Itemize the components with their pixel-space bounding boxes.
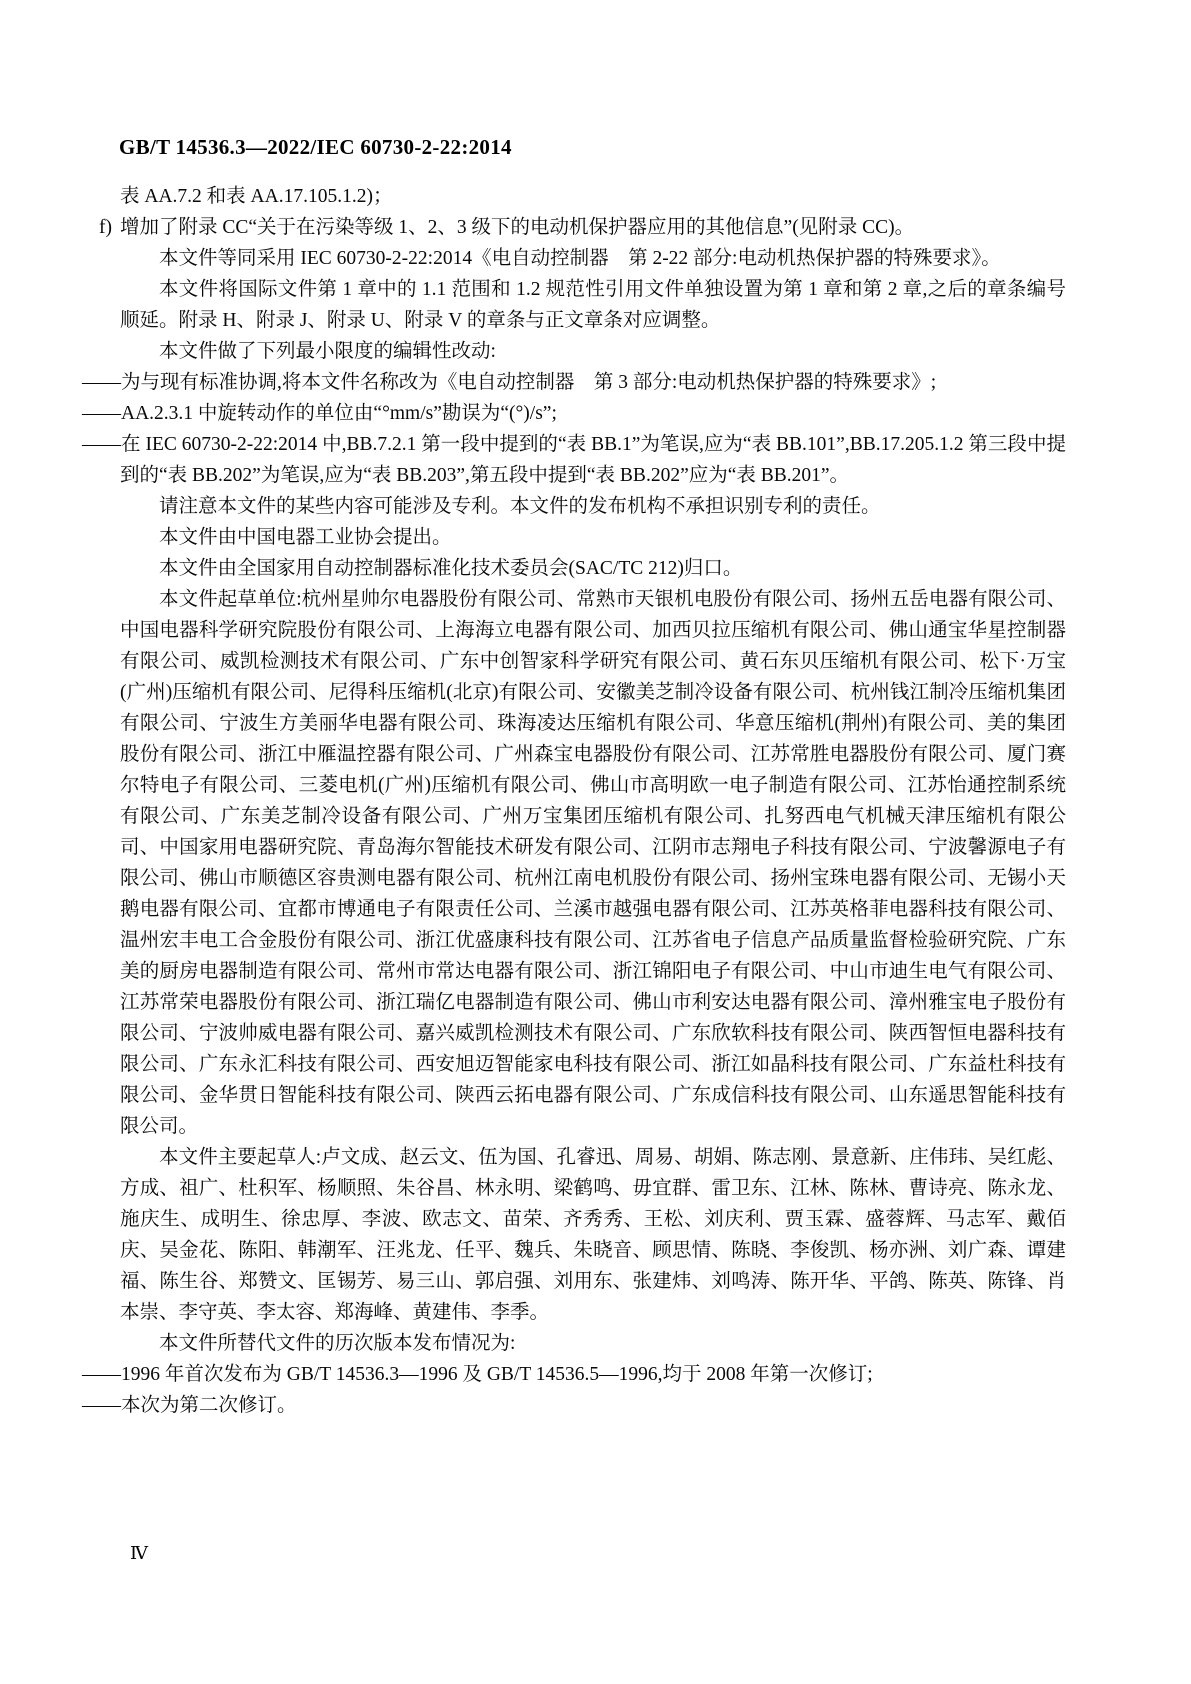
list-item-f-text: 增加了附录 CC“关于在污染等级 1、2、3 级下的电动机保护器应用的其他信息”… — [120, 217, 914, 238]
para-drafting-organizations: 本文件起草单位:杭州星帅尔电器股份有限公司、常熟市天银机电股份有限公司、扬州五岳… — [120, 584, 1066, 1142]
list-item-f: f)增加了附录 CC“关于在污染等级 1、2、3 级下的电动机保护器应用的其他信… — [120, 212, 1066, 243]
edit-item-rename: ——为与现有标准协调,将本文件名称改为《电自动控制器 第 3 部分:电动机热保护… — [120, 367, 1066, 398]
para-patent-notice: 请注意本文件的某些内容可能涉及专利。本文件的发布机构不承担识别专利的责任。 — [120, 491, 1066, 522]
standard-number-header: GB/T 14536.3—2022/IEC 60730-2-22:2014 — [119, 135, 512, 160]
para-main-drafters: 本文件主要起草人:卢文成、赵云文、伍为国、孔睿迅、周易、胡娟、陈志刚、景意新、庄… — [120, 1142, 1066, 1328]
foreword-body: 表 AA.7.2 和表 AA.17.105.1.2)； f)增加了附录 CC“关… — [120, 181, 1066, 1421]
history-item-current-revision: ——本次为第二次修订。 — [120, 1390, 1066, 1421]
history-item-first-edition: ——1996 年首次发布为 GB/T 14536.3—1996 及 GB/T 1… — [120, 1359, 1066, 1390]
para-restructure: 本文件将国际文件第 1 章中的 1.1 范围和 1.2 规范性引用文件单独设置为… — [120, 274, 1066, 336]
para-edits-intro: 本文件做了下列最小限度的编辑性改动: — [120, 336, 1066, 367]
list-item-f-marker: f) — [99, 212, 120, 243]
para-adoption: 本文件等同采用 IEC 60730-2-22:2014《电自动控制器 第 2-2… — [120, 243, 1066, 274]
document-page: GB/T 14536.3—2022/IEC 60730-2-22:2014 表 … — [0, 0, 1191, 1684]
para-history-intro: 本文件所替代文件的历次版本发布情况为: — [120, 1328, 1066, 1359]
page-number: Ⅳ — [130, 1543, 148, 1564]
para-centralized-by: 本文件由全国家用自动控制器标准化技术委员会(SAC/TC 212)归口。 — [120, 553, 1066, 584]
edit-item-table-correction: ——在 IEC 60730-2-22:2014 中,BB.7.2.1 第一段中提… — [120, 429, 1066, 491]
para-proposed-by: 本文件由中国电器工业协会提出。 — [120, 522, 1066, 553]
list-item-e-continuation: 表 AA.7.2 和表 AA.17.105.1.2)； — [120, 181, 1066, 212]
edit-item-unit-correction: ——AA.2.3.1 中旋转动作的单位由“°mm/s”勘误为“(°)/s”; — [120, 398, 1066, 429]
